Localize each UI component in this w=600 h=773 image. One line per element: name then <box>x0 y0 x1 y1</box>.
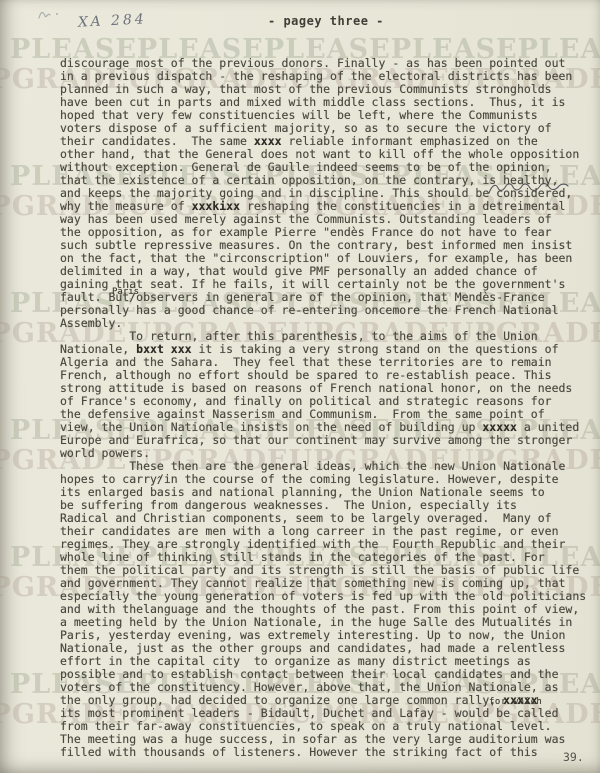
handwritten-ink-annotation <box>487 179 571 199</box>
struck-out-text: xxxx <box>254 134 282 148</box>
text-line: personally has a good chance of re-enter… <box>60 304 586 317</box>
struck-out-text: xxxkixx <box>192 199 240 213</box>
text-line: filled with thousands of listeners. Howe… <box>60 746 586 759</box>
page-header: - pagey three - <box>268 14 384 28</box>
typed-insertion-for-which: for which <box>489 697 542 707</box>
pencil-scribble <box>36 7 70 23</box>
typed-insertion-paris: Paris <box>112 287 139 297</box>
typed-caret-mark: ^ <box>157 475 162 484</box>
struck-out-text: bxxt xxx <box>136 342 191 356</box>
page-number: 39. <box>563 750 584 764</box>
document-body: discourage most of the previous donors. … <box>60 57 586 759</box>
document-page: PLEASEPLEASEPLEASEPLEASEPLEASEUPGRADEUPG… <box>0 0 600 773</box>
struck-out-text: xxxxx <box>482 420 517 434</box>
handwritten-reference: XA 284 <box>78 11 147 31</box>
